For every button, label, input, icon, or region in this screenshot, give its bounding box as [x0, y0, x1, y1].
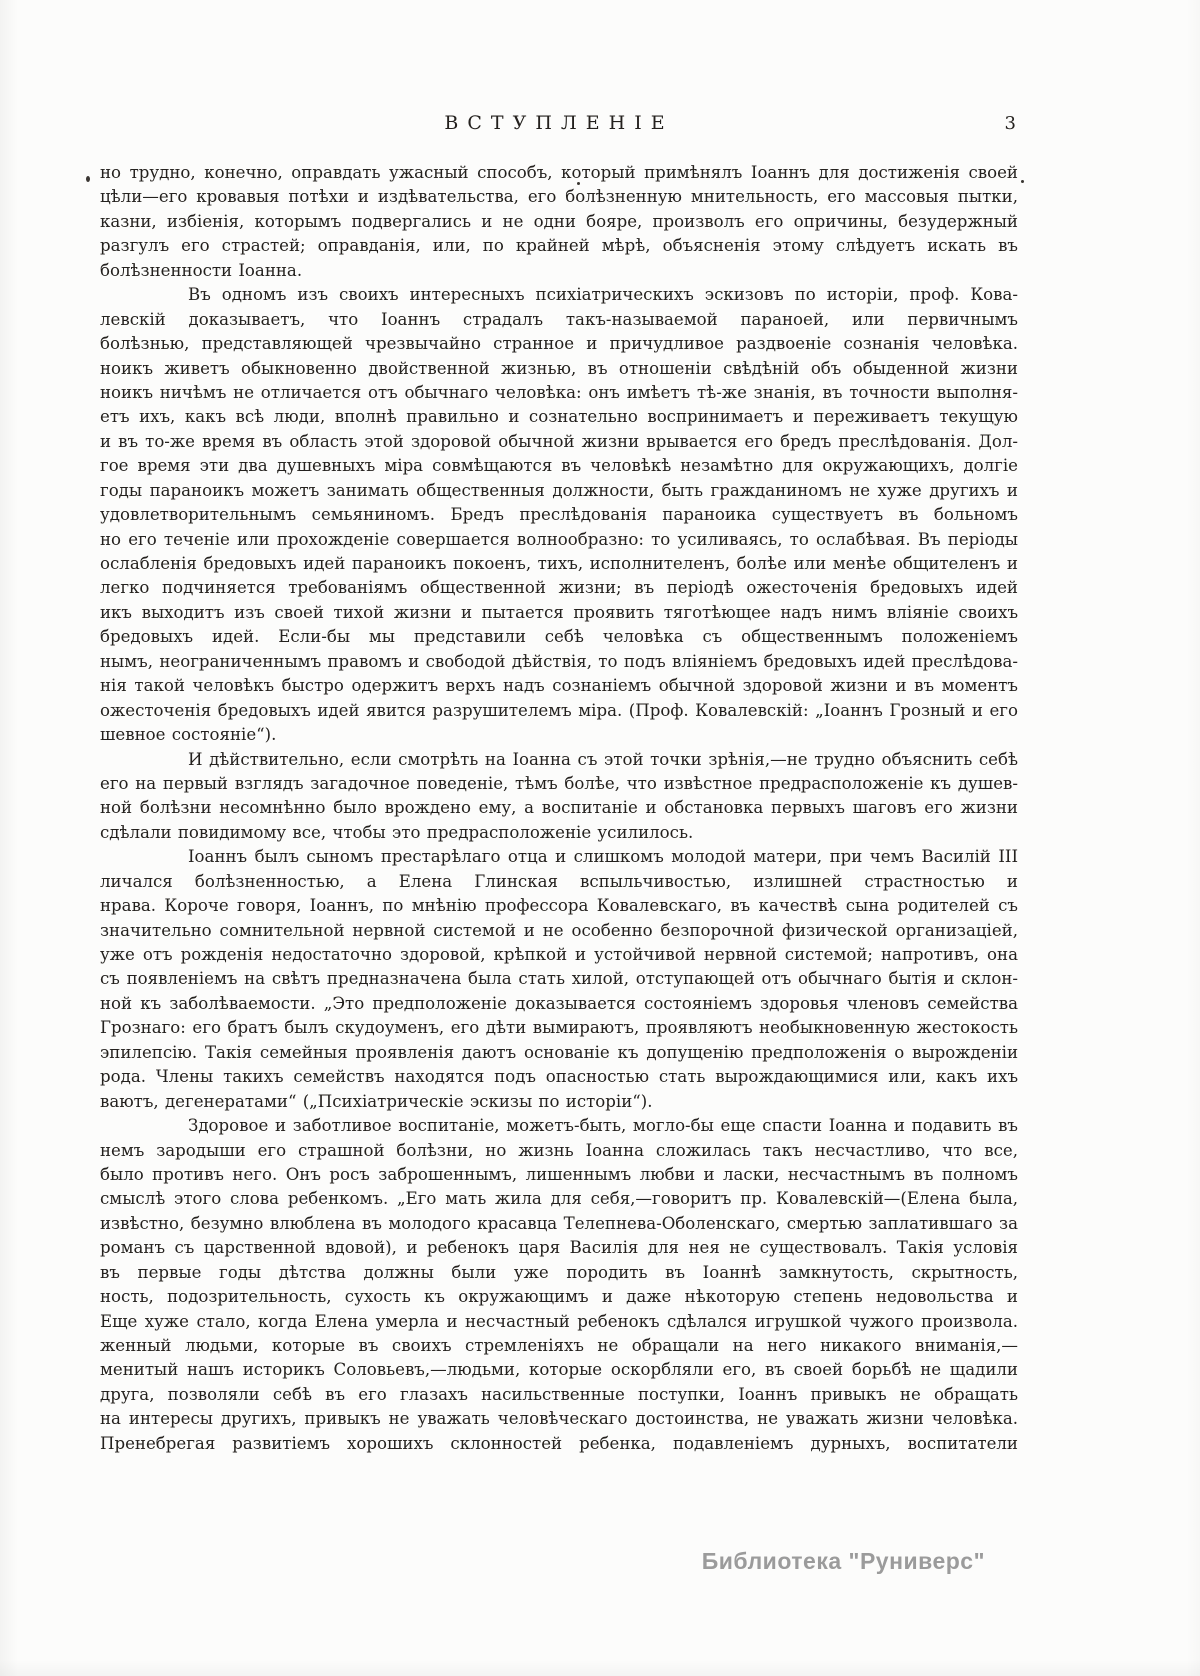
text-line-p2-14: икъ выходитъ изъ своей тихой жизни и пыт…	[100, 601, 1018, 625]
text-line-p4-8: Грознаго: его братъ былъ скудоуменъ, его…	[100, 1016, 1018, 1040]
library-watermark: Библиотека "Руниверс"	[702, 1548, 985, 1575]
text-line-p2-17: нія такой человѣкъ быстро одержитъ верхъ…	[100, 674, 1018, 698]
text-line-p2-5: ноикъ ничѣмъ не отличается отъ обычнаго …	[100, 381, 1018, 405]
text-line-p5-3: было противъ него. Онъ росъ заброшеннымъ…	[100, 1163, 1018, 1187]
text-line-p4-5: уже отъ рожденія недостаточно здоровой, …	[100, 943, 1018, 967]
text-line-p2-18: ожесточенія бредовыхъ идей явится разруш…	[100, 699, 1018, 723]
book-page-scan: ВСТУПЛЕНІЕ 3 но трудно, конечно, оправда…	[0, 0, 1200, 1676]
text-line-p5-2: немъ зародыши его страшной болѣзни, но ж…	[100, 1139, 1018, 1163]
text-line-p2-11: но его теченіе или прохожденіе совершает…	[100, 528, 1018, 552]
text-line-p4-10: рода. Члены такихъ семействъ находятся п…	[100, 1065, 1018, 1089]
text-body: но трудно, конечно, оправдать ужасный сп…	[100, 161, 1018, 1456]
text-line-p2-4: ноикъ живетъ обыкновенно двойственной жи…	[100, 357, 1018, 381]
text-line-p5-1: Здоровое и заботливое воспитаніе, можетъ…	[100, 1114, 1018, 1138]
text-line-p2-16: нымъ, неограниченнымъ правомъ и свободой…	[100, 650, 1018, 674]
scan-speck	[1021, 180, 1024, 183]
text-line-p2-9: годы параноикъ можетъ занимать обществен…	[100, 479, 1018, 503]
text-line-p2-15: бредовыхъ идей. Если-бы мы представили с…	[100, 625, 1018, 649]
text-line-p4-9: эпилепсію. Такія семейныя проявленія даю…	[100, 1041, 1018, 1065]
text-line-p3-2: его на первый взглядъ загадочное поведен…	[100, 772, 1018, 796]
text-line-p4-7: ной къ заболѣваемости. „Это предположені…	[100, 992, 1018, 1016]
text-line-p5-10: женный людьми, которые въ своихъ стремле…	[100, 1334, 1018, 1358]
text-line-p2-8: гое время эти два душевныхъ міра совмѣща…	[100, 454, 1018, 478]
text-line-p2-19: шевное состояніе“).	[100, 723, 1018, 747]
text-line-p5-12: друга, позволяли себѣ въ его глазахъ нас…	[100, 1383, 1018, 1407]
text-line-p2-13: легко подчиняется требованіямъ обществен…	[100, 576, 1018, 600]
text-line-p2-7: и въ то-же время въ область этой здорово…	[100, 430, 1018, 454]
text-line-p5-11: менитый нашъ историкъ Соловьевъ,—людьми,…	[100, 1358, 1018, 1382]
text-line-p4-6: съ появленіемъ на свѣтъ предназначена бы…	[100, 967, 1018, 991]
text-line-p5-7: въ первые годы дѣтства должны были уже п…	[100, 1261, 1018, 1285]
text-line-p5-4: смыслѣ этого слова ребенкомъ. „Его мать …	[100, 1187, 1018, 1211]
chapter-title: ВСТУПЛЕНІЕ	[100, 112, 1018, 134]
text-line-p1-1: но трудно, конечно, оправдать ужасный сп…	[100, 161, 1018, 185]
text-line-p4-11: ваютъ, дегенератами“ („Психіатрическіе э…	[100, 1090, 1018, 1114]
text-line-p5-14: Пренебрегая развитіемъ хорошихъ склоннос…	[100, 1432, 1018, 1456]
text-line-p2-2: левскій доказываетъ, что Іоаннъ страдалъ…	[100, 308, 1018, 332]
text-line-p2-12: ослабленія бредовыхъ идей параноикъ поко…	[100, 552, 1018, 576]
text-line-p4-2: личался болѣзненностью, а Елена Глинская…	[100, 870, 1018, 894]
text-line-p1-4: разгулъ его страстей; оправданія, или, п…	[100, 234, 1018, 258]
text-line-p5-6: романъ съ царственной вдовой), и ребенок…	[100, 1236, 1018, 1260]
text-line-p1-3: казни, избіенія, которымъ подвергались и…	[100, 210, 1018, 234]
text-line-p5-13: на интересы другихъ, привыкъ не уважать …	[100, 1407, 1018, 1431]
text-line-p2-3: болѣзнью, представляющей чрезвычайно стр…	[100, 332, 1018, 356]
page-number: 3	[1005, 113, 1016, 134]
text-line-p2-1: Въ одномъ изъ своихъ интересныхъ психіат…	[100, 283, 1018, 307]
text-line-p4-3: нрава. Короче говоря, Іоаннъ, по мнѣнію …	[100, 894, 1018, 918]
text-line-p4-4: значительно сомнительной нервной системо…	[100, 919, 1018, 943]
text-line-p2-6: етъ ихъ, какъ всѣ люди, вполнѣ правильно…	[100, 405, 1018, 429]
scan-speck	[577, 182, 580, 185]
text-line-p3-3: ной болѣзни несомнѣнно было врождено ему…	[100, 796, 1018, 820]
running-head: ВСТУПЛЕНІЕ 3	[100, 112, 1018, 138]
text-line-p3-4: сдѣлали повидимому все, чтобы это предра…	[100, 821, 1018, 845]
text-line-p4-1: Іоаннъ былъ сыномъ престарѣлаго отца и с…	[100, 845, 1018, 869]
text-line-p2-10: удовлетворительнымъ семьяниномъ. Бредъ п…	[100, 503, 1018, 527]
text-line-p5-8: ность, подозрительность, сухость къ окру…	[100, 1285, 1018, 1309]
text-line-p5-5: извѣстно, безумно влюблена въ молодого к…	[100, 1212, 1018, 1236]
text-line-p5-9: Еще хуже стало, когда Елена умерла и нес…	[100, 1310, 1018, 1334]
text-line-p1-5: болѣзненности Іоанна.	[100, 259, 1018, 283]
text-line-p3-1: И дѣйствительно, если смотрѣть на Іоанна…	[100, 748, 1018, 772]
text-line-p1-2: цѣли—его кровавыя потѣхи и издѣвательств…	[100, 185, 1018, 209]
scan-speck	[86, 176, 90, 182]
